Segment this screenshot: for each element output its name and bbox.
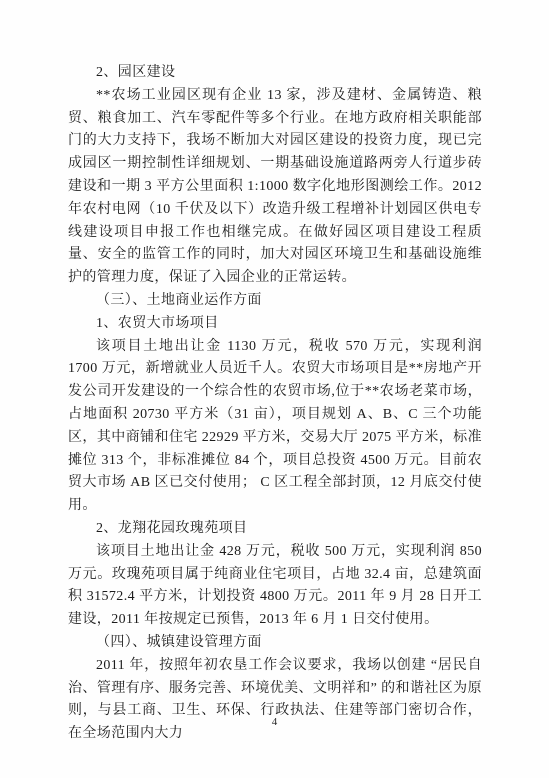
body-paragraph: 该项目土地出让金 1130 万元，税收 570 万元，实现利润 1700 万元，… [68,336,482,518]
body-paragraph: 2011 年，按照年初农垦工作会议要求，我场以创建 “居民自治、管理有序、服务完… [68,655,482,746]
document-body: 2、园区建设**农场工业园区现有企业 13 家，涉及建材、金属铸造、粮贸、粮食加… [68,62,482,746]
body-paragraph: **农场工业园区现有企业 13 家，涉及建材、金属铸造、粮贸、粮食加工、汽车零配… [68,85,482,290]
body-paragraph: 该项目土地出让金 428 万元，税收 500 万元，实现利润 850 万元。玫瑰… [68,541,482,632]
page-number: 4 [0,716,549,728]
section-heading: 2、龙翔花园玫瑰苑项目 [68,518,482,541]
section-heading: （四）、城镇建设管理方面 [68,632,482,655]
section-heading: 2、园区建设 [68,62,482,85]
section-heading: 1、农贸大市场项目 [68,313,482,336]
document-page: 2、园区建设**农场工业园区现有企业 13 家，涉及建材、金属铸造、粮贸、粮食加… [0,0,549,778]
section-heading: （三）、土地商业运作方面 [68,290,482,313]
